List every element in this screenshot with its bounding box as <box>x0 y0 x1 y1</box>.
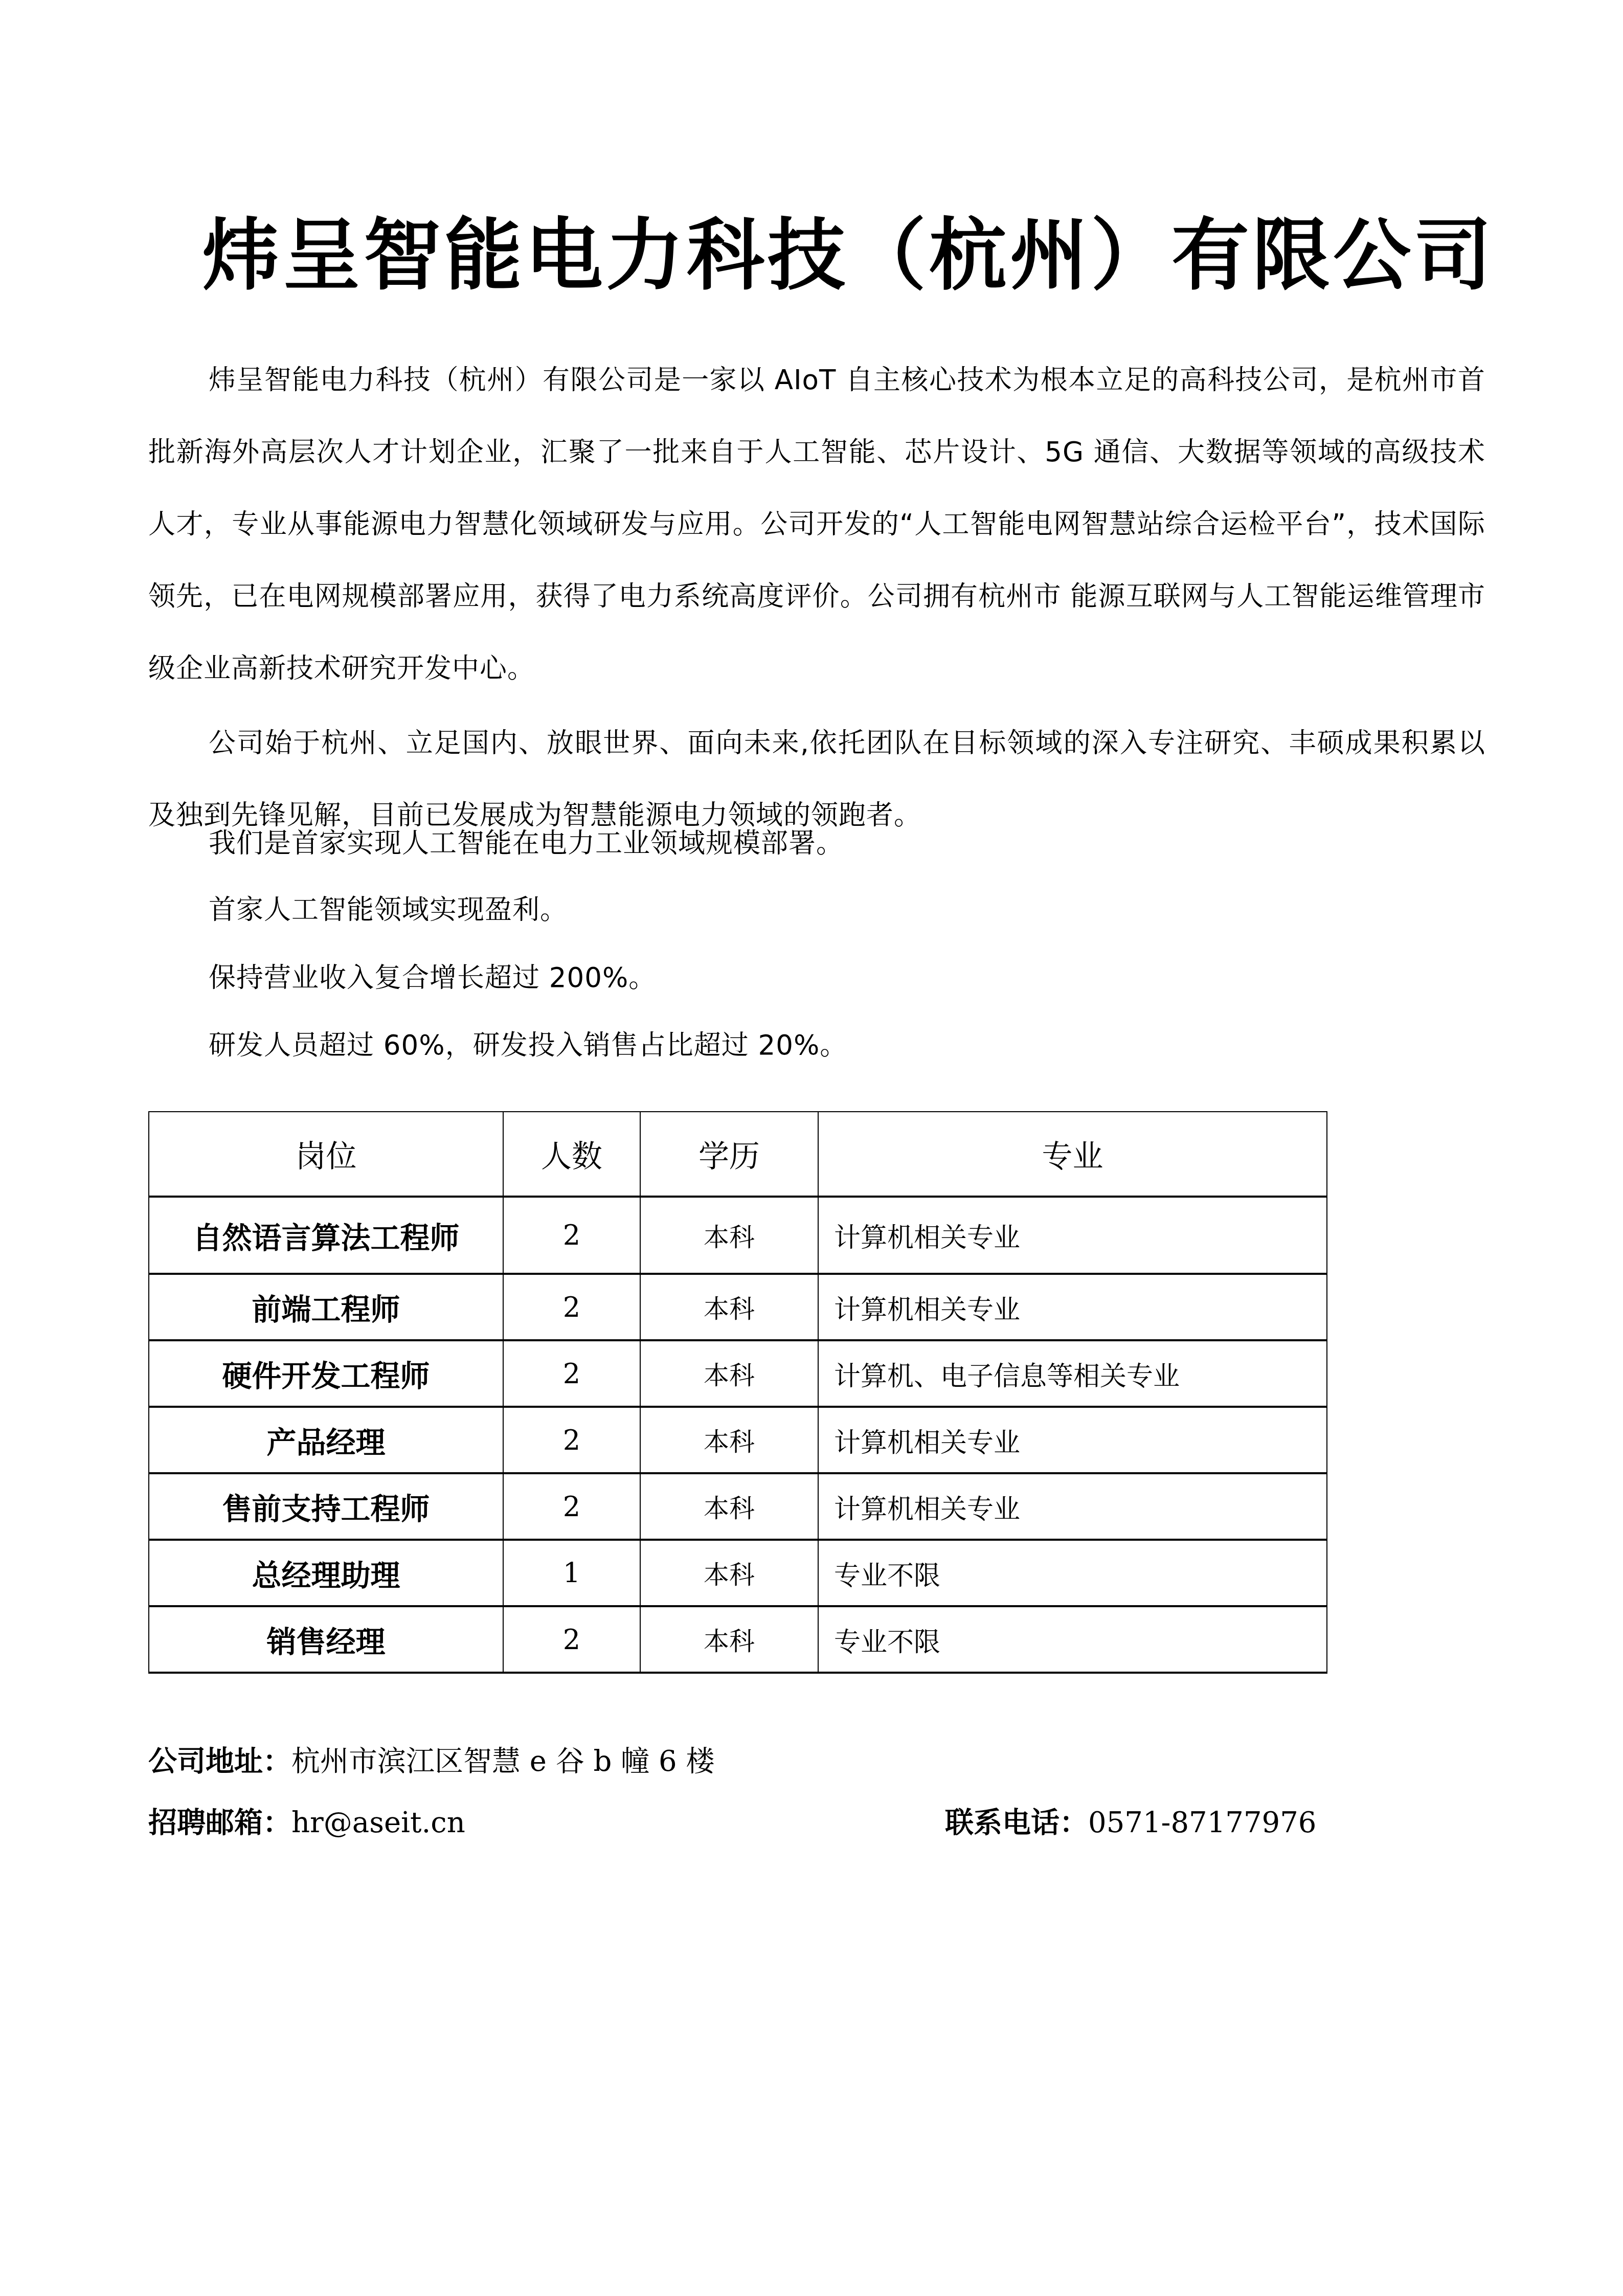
cell-position: 售前支持工程师 <box>149 1473 503 1540</box>
cell-major: 计算机相关专业 <box>818 1197 1327 1274</box>
table-row: 前端工程师 2 本科 计算机相关专业 <box>149 1274 1327 1340</box>
cell-education: 本科 <box>640 1606 818 1673</box>
address-label: 公司地址： <box>148 1745 291 1778</box>
company-intro-paragraph: 炜呈智能电力科技（杭州）有限公司是一家以 AIoT 自主核心技术为根本立足的高科… <box>148 344 1485 705</box>
cell-education: 本科 <box>640 1540 818 1606</box>
cell-position: 硬件开发工程师 <box>149 1340 503 1407</box>
table-row: 售前支持工程师 2 本科 计算机相关专业 <box>149 1473 1327 1540</box>
cell-major: 专业不限 <box>818 1540 1327 1606</box>
recruitment-email: 招聘邮箱：hr@aseit.cn <box>148 1803 465 1843</box>
cell-count: 2 <box>503 1274 640 1340</box>
cell-position: 总经理助理 <box>149 1540 503 1606</box>
table-row: 产品经理 2 本科 计算机相关专业 <box>149 1407 1327 1473</box>
cell-count: 1 <box>503 1540 640 1606</box>
contact-phone: 联系电话：0571-87177976 <box>945 1803 1316 1843</box>
header-position: 岗位 <box>149 1112 503 1197</box>
cell-major: 专业不限 <box>818 1606 1327 1673</box>
highlight-item: 保持营业收入复合增长超过 200%。 <box>209 958 656 999</box>
recruitment-document: 炜呈智能电力科技（杭州）有限公司 炜呈智能电力科技（杭州）有限公司是一家以 AI… <box>0 0 1623 2296</box>
address-value: 杭州市滨江区智慧 e 谷 b 幢 6 楼 <box>291 1745 714 1778</box>
cell-count: 2 <box>503 1340 640 1407</box>
table-header-row: 岗位 人数 学历 专业 <box>149 1112 1327 1197</box>
cell-major: 计算机相关专业 <box>818 1274 1327 1340</box>
cell-education: 本科 <box>640 1407 818 1473</box>
table-row: 硬件开发工程师 2 本科 计算机、电子信息等相关专业 <box>149 1340 1327 1407</box>
cell-count: 2 <box>503 1407 640 1473</box>
highlight-item: 首家人工智能领域实现盈利。 <box>209 890 568 931</box>
cell-education: 本科 <box>640 1340 818 1407</box>
highlight-item: 我们是首家实现人工智能在电力工业领域规模部署。 <box>209 823 844 864</box>
document-title: 炜呈智能电力科技（杭州）有限公司 <box>202 205 1480 307</box>
email-label: 招聘邮箱： <box>148 1806 291 1839</box>
table-row: 自然语言算法工程师 2 本科 计算机相关专业 <box>149 1197 1327 1274</box>
cell-position: 销售经理 <box>149 1606 503 1673</box>
cell-count: 2 <box>503 1606 640 1673</box>
header-major: 专业 <box>818 1112 1327 1197</box>
cell-count: 2 <box>503 1473 640 1540</box>
header-count: 人数 <box>503 1112 640 1197</box>
email-value[interactable]: hr@aseit.cn <box>291 1806 465 1839</box>
cell-position: 前端工程师 <box>149 1274 503 1340</box>
cell-position: 自然语言算法工程师 <box>149 1197 503 1274</box>
company-address: 公司地址：杭州市滨江区智慧 e 谷 b 幢 6 楼 <box>148 1741 714 1782</box>
cell-major: 计算机相关专业 <box>818 1473 1327 1540</box>
cell-education: 本科 <box>640 1274 818 1340</box>
cell-count: 2 <box>503 1197 640 1274</box>
phone-value: 0571-87177976 <box>1088 1806 1316 1839</box>
table-row: 销售经理 2 本科 专业不限 <box>149 1606 1327 1673</box>
cell-education: 本科 <box>640 1473 818 1540</box>
header-education: 学历 <box>640 1112 818 1197</box>
cell-major: 计算机、电子信息等相关专业 <box>818 1340 1327 1407</box>
cell-position: 产品经理 <box>149 1407 503 1473</box>
cell-major: 计算机相关专业 <box>818 1407 1327 1473</box>
phone-label: 联系电话： <box>945 1806 1088 1839</box>
job-openings-table: 岗位 人数 学历 专业 自然语言算法工程师 2 本科 计算机相关专业 前端工程师… <box>148 1111 1327 1674</box>
table-row: 总经理助理 1 本科 专业不限 <box>149 1540 1327 1606</box>
highlight-item: 研发人员超过 60%，研发投入销售占比超过 20%。 <box>209 1025 847 1066</box>
cell-education: 本科 <box>640 1197 818 1274</box>
